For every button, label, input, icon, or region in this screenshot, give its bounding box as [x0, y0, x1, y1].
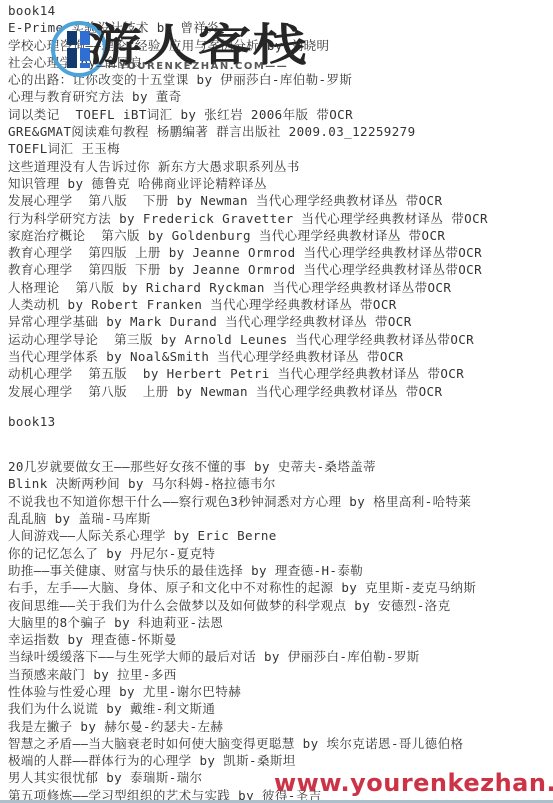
book-list-item: 心理与教育研究方法 by 董奇 [8, 88, 553, 105]
book-list-item: 右手，左手——大脑、身体、原子和文化中不对称性的起源 by 克里斯-麦克马纳斯 [8, 579, 553, 596]
book-list-item: 心的出路：让你改变的十五堂课 by 伊丽莎白-库伯勒-罗斯 [8, 71, 553, 88]
book13-lines: 20几岁就要做女王——那些好女孩不懂的事 by 史蒂夫-桑塔盖蒂Blink 决断… [8, 458, 553, 803]
book-list-item: 异常心理学基础 by Mark Durand 当代心理学经典教材译丛 带OCR [8, 313, 553, 330]
book-list-item: 家庭治疗概论 第六版 by Goldenburg 当代心理学经典教材译丛 带OC… [8, 227, 553, 244]
book-list-item: 人类动机 by Robert Franken 当代心理学经典教材译丛 带OCR [8, 296, 553, 313]
book-list-item: 助推——事关健康、财富与快乐的最佳选择 by 理查德-H-泰勒 [8, 562, 553, 579]
book-list-item: 知识管理 by 德鲁克 哈佛商业评论精粹译丛 [8, 175, 553, 192]
book-list-item: 乱乱脑 by 盖瑞-马库斯 [8, 510, 553, 527]
book-list-item: 我们为什么说谎 by 戴维-利文斯通 [8, 700, 553, 717]
book-list-item: 人格理论 第八版 by Richard Ryckman 当代心理学经典教材译丛带… [8, 279, 553, 296]
section-book14: book14 E-Prime 实验设计技术 by 曾祥炎学校心理咨询——理论·经… [8, 2, 553, 400]
book-list-item: GRE&GMAT阅读难句教程 杨鹏编著 群言出版社 2009.03_122592… [8, 123, 553, 140]
book-list-item: 发展心理学 第八版 下册 by Newman 当代心理学经典教材译丛 带OCR [8, 192, 553, 209]
book-list-item: 人间游戏——人际关系心理学 by Eric Berne [8, 527, 553, 544]
book-list-item: 智慧之矛盾——当大脑衰老时如何使大脑变得更聪慧 by 埃尔克诺恩-哥儿德伯格 [8, 735, 553, 752]
book-list-item: TOEFL词汇 王玉梅 [8, 140, 553, 157]
book-list-item: 这些道理没有人告诉过你 新东方大愚求职系列丛书 [8, 158, 553, 175]
book-list-item: 幸运指数 by 理查德-怀斯曼 [8, 631, 553, 648]
book-list-item: 极端的人群——群体行为的心理学 by 凯斯-桑斯坦 [8, 752, 553, 769]
book-list-item: 不说我也不知道你想干什么——察行观色3秒钟洞悉对方心理 by 格里高利-哈特莱 [8, 493, 553, 510]
book-list-item: 行为科学研究方法 by Frederick Gravetter 当代心理学经典教… [8, 210, 553, 227]
book-list-item: 运动心理学导论 第三版 by Arnold Leunes 当代心理学经典教材译丛… [8, 331, 553, 348]
book-list-item: 当预感来敲门 by 拉里-多西 [8, 666, 553, 683]
book-list-content: book14 E-Prime 实验设计技术 by 曾祥炎学校心理咨询——理论·经… [8, 2, 553, 803]
section-book13: book13 20几岁就要做女王——那些好女孩不懂的事 by 史蒂夫-桑塔盖蒂B… [8, 413, 553, 803]
book-list-item: 学校心理咨询——理论·经验·应用与案例分析 by 刘晓明 [8, 37, 553, 54]
book-list-item: 20几岁就要做女王——那些好女孩不懂的事 by 史蒂夫-桑塔盖蒂 [8, 458, 553, 475]
book-list-item: 教育心理学 第四版 下册 by Jeanne Ormrod 当代心理学经典教材译… [8, 261, 553, 278]
book-list-item: 社会心理学 by 俞国良 [8, 54, 553, 71]
book-list-item: 动机心理学 第五版 by Herbert Petri 当代心理学经典教材译丛 带… [8, 365, 553, 382]
book14-lines: E-Prime 实验设计技术 by 曾祥炎学校心理咨询——理论·经验·应用与案例… [8, 19, 553, 400]
book-list-item: E-Prime 实验设计技术 by 曾祥炎 [8, 19, 553, 36]
section-header-book13: book13 [8, 413, 553, 430]
book-list-item: 夜间思维——关于我们为什么会做梦以及如何做梦的科学观点 by 安德烈-洛克 [8, 597, 553, 614]
book-list-item: Blink 决断两秒间 by 马尔科姆-格拉德韦尔 [8, 475, 553, 492]
book-list-item: 你的记忆怎么了 by 丹尼尔-夏克特 [8, 545, 553, 562]
book-list-item: 我是左撇子 by 赫尔曼-约瑟夫-左赫 [8, 718, 553, 735]
section-header-book14: book14 [8, 2, 553, 19]
book-list-item: 词以类记 TOEFL iBT词汇 by 张红岩 2006年版 带OCR [8, 106, 553, 123]
book-list-page: book14 E-Prime 实验设计技术 by 曾祥炎学校心理咨询——理论·经… [0, 0, 553, 803]
book-list-item: 大脑里的8个骗子 by 科迪莉亚-法恩 [8, 614, 553, 631]
book-list-item: 教育心理学 第四版 上册 by Jeanne Ormrod 当代心理学经典教材译… [8, 244, 553, 261]
book-list-item: 发展心理学 第八版 上册 by Newman 当代心理学经典教材译丛 带OCR [8, 383, 553, 400]
bottom-watermark-url: www.yourenkezhan.com [274, 769, 553, 797]
book-list-item: 当绿叶缓缓落下——与生死学大师的最后对话 by 伊丽莎白-库伯勒-罗斯 [8, 648, 553, 665]
book-list-item: 当代心理学体系 by Noal&Smith 当代心理学经典教材译丛 带OCR [8, 348, 553, 365]
book-list-item: 性体验与性爱心理 by 尤里-谢尔巴特赫 [8, 683, 553, 700]
